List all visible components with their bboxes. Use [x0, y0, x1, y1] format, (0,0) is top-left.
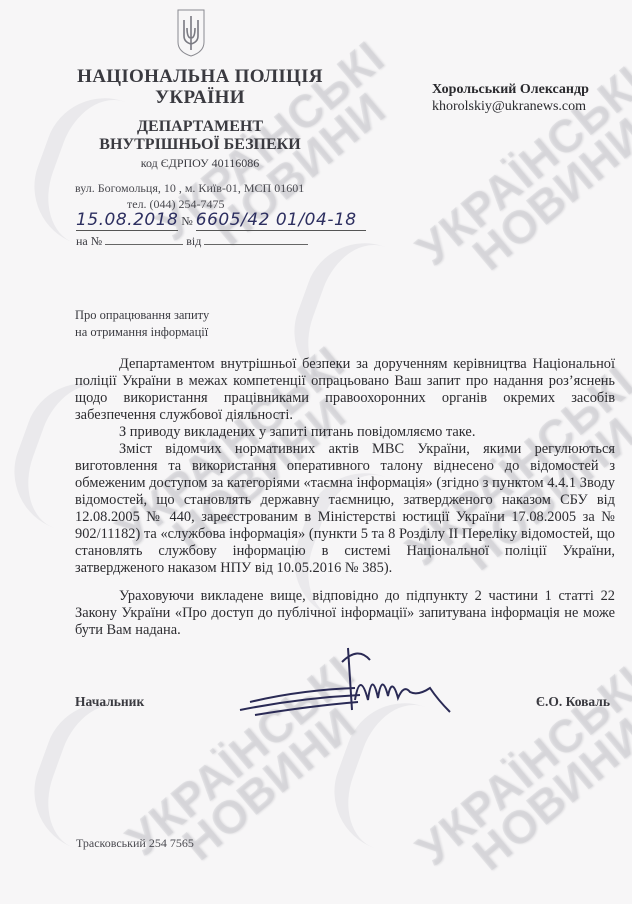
registration-date: 15.08.2018	[76, 210, 178, 231]
reply-number-blank	[105, 234, 183, 245]
recipient-name: Хорольський Олександр	[432, 81, 589, 98]
department-name: ДЕПАРТАМЕНТ ВНУТРІШНЬОЇ БЕЗПЕКИ	[70, 118, 330, 154]
edrpou-code: код ЄДРПОУ 40116086	[70, 156, 330, 171]
body-paragraph: Ураховуючи викладене вище, відповідно до…	[75, 588, 615, 639]
recipient-block: Хорольський Олександр khorolskiy@ukranew…	[432, 81, 589, 115]
letter-body: Департаментом внутрішньої безпеки за дор…	[75, 356, 615, 639]
signature-row: Начальник Є.О. Коваль	[75, 694, 610, 710]
body-paragraph: З приводу викладених у запиті питань пов…	[75, 424, 615, 441]
handwritten-signature-icon	[230, 640, 460, 730]
body-paragraph: Зміст відомчих нормативних актів МВС Укр…	[75, 441, 615, 577]
registration-number: 6605/42 01/04-18	[196, 210, 366, 231]
letter-subject: Про опрацювання запиту на отримання інфо…	[75, 307, 209, 341]
reply-date-blank	[204, 234, 308, 245]
organization-name: НАЦІОНАЛЬНА ПОЛІЦІЯ УКРАЇНИ	[70, 66, 330, 108]
body-paragraph: Департаментом внутрішньої безпеки за дор…	[75, 356, 615, 424]
reply-reference-line: на № від	[76, 234, 308, 249]
trident-coat-of-arms-icon	[176, 8, 206, 58]
signatory-position: Начальник	[75, 694, 144, 709]
executor-contact: Трасковський 254 7565	[76, 836, 194, 851]
registration-line: 15.08.2018 № 6605/42 01/04-18	[76, 210, 366, 231]
letter-page: УКРАЇНСЬКІНОВИНИ УКРАЇНСЬКІНОВИНИ УКРАЇН…	[0, 0, 632, 904]
recipient-email: khorolskiy@ukranews.com	[432, 98, 589, 115]
organization-address: вул. Богомольця, 10 , м. Київ-01, МСП 01…	[75, 180, 304, 212]
signatory-name: Є.О. Коваль	[536, 694, 610, 710]
